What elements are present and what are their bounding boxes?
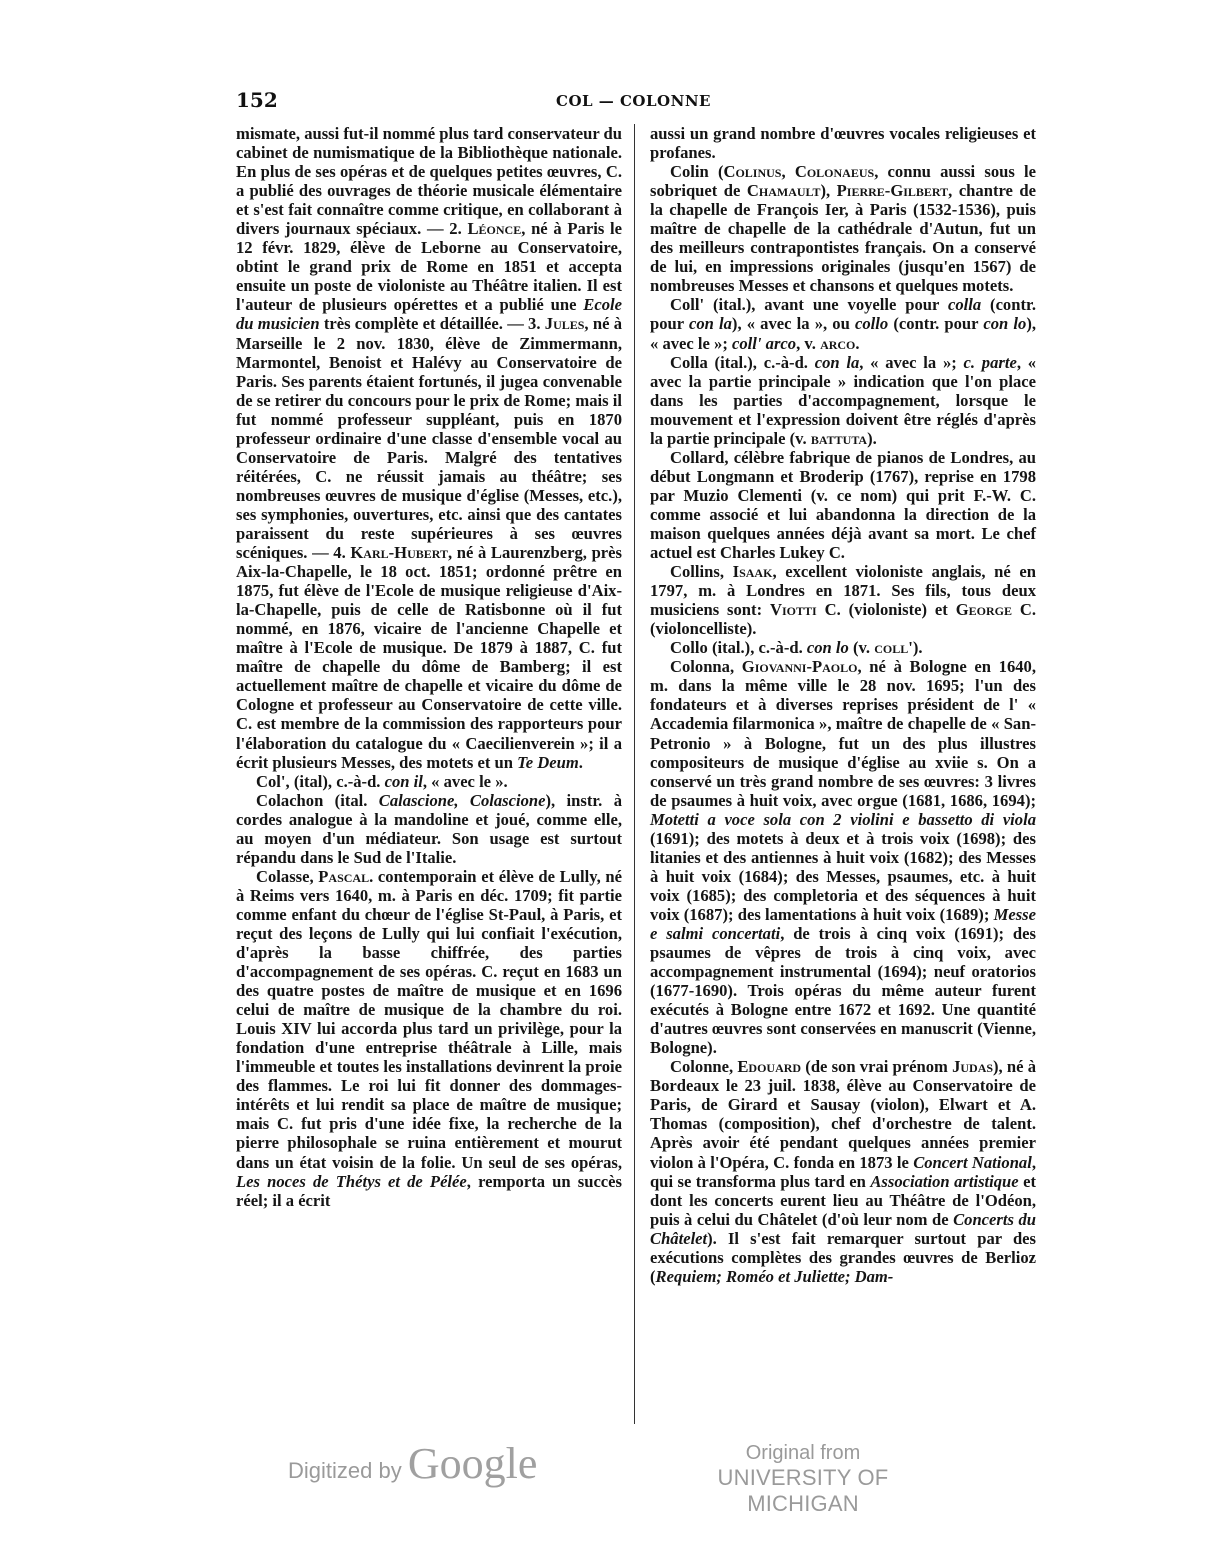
headword: Colin [670,162,709,181]
karl-hubert-continuation: mismate, aussi fut-il nommé plus tard co… [236,124,622,772]
column-divider [634,124,635,1424]
headword: Collins [670,562,720,581]
entry-collo: Collo (ital.), c.-à-d. con lo (v. coll')… [650,638,1036,657]
headword: Colonne [670,1057,729,1076]
original-source: Original from UNIVERSITY OF MICHIGAN [668,1442,938,1517]
running-head: COL — COLONNE [556,92,711,110]
left-column: mismate, aussi fut-il nommé plus tard co… [236,124,622,1210]
headword: Coll' [670,295,704,314]
entry-coll: Coll' (ital.), avant une voyelle pour co… [650,295,1036,352]
entry-colin: Colin (Colinus, Colonaeus, connu aussi s… [650,162,1036,295]
page-number: 152 [236,88,278,112]
entry-collard: Collard, célèbre fabrique de pianos de L… [650,448,1036,562]
google-logo: Google [408,1439,538,1488]
scanned-page: 152 COL — COLONNE mismate, aussi fut-il … [0,0,1207,1562]
right-column: aussi un grand nombre d'œuvres vocales r… [650,124,1036,1286]
entry-col: Col', (ital), c.-à-d. con il, « avec le … [236,772,622,791]
digitized-by-google: Digitized by Google [288,1438,537,1489]
entry-colachon: Colachon (ital. Calascione, Colascione),… [236,791,622,867]
entry-colla: Colla (ital.), c.-à-d. con la, « avec la… [650,353,1036,448]
headword: Colonna [670,657,730,676]
headword: Colla [670,353,708,372]
entry-colonne: Colonne, Edouard (de son vrai prénom Jud… [650,1057,1036,1286]
entry-collins: Collins, Isaak, excellent violoniste ang… [650,562,1036,638]
name-karl-hubert: Karl-Hubert [350,543,448,562]
headword: Collo [670,638,708,657]
name-jules: Jules [545,314,585,333]
title-te-deum: Te Deum [517,753,579,772]
headword: Colachon [256,791,323,810]
page-header: 152 COL — COLONNE [236,88,1036,114]
entry-colasse: Colasse, Pascal. contemporain et élève d… [236,867,622,1210]
headword: Col' [256,772,286,791]
entry-colonna: Colonna, Giovanni-Paolo, né à Bologne en… [650,657,1036,1057]
digitization-watermark: Digitized by Google Original from UNIVER… [288,1438,948,1508]
colasse-continuation: aussi un grand nombre d'œuvres vocales r… [650,124,1036,162]
headword: Collard [670,448,724,467]
name-leonce: Léonce [467,219,521,238]
headword: Colasse [256,867,309,886]
